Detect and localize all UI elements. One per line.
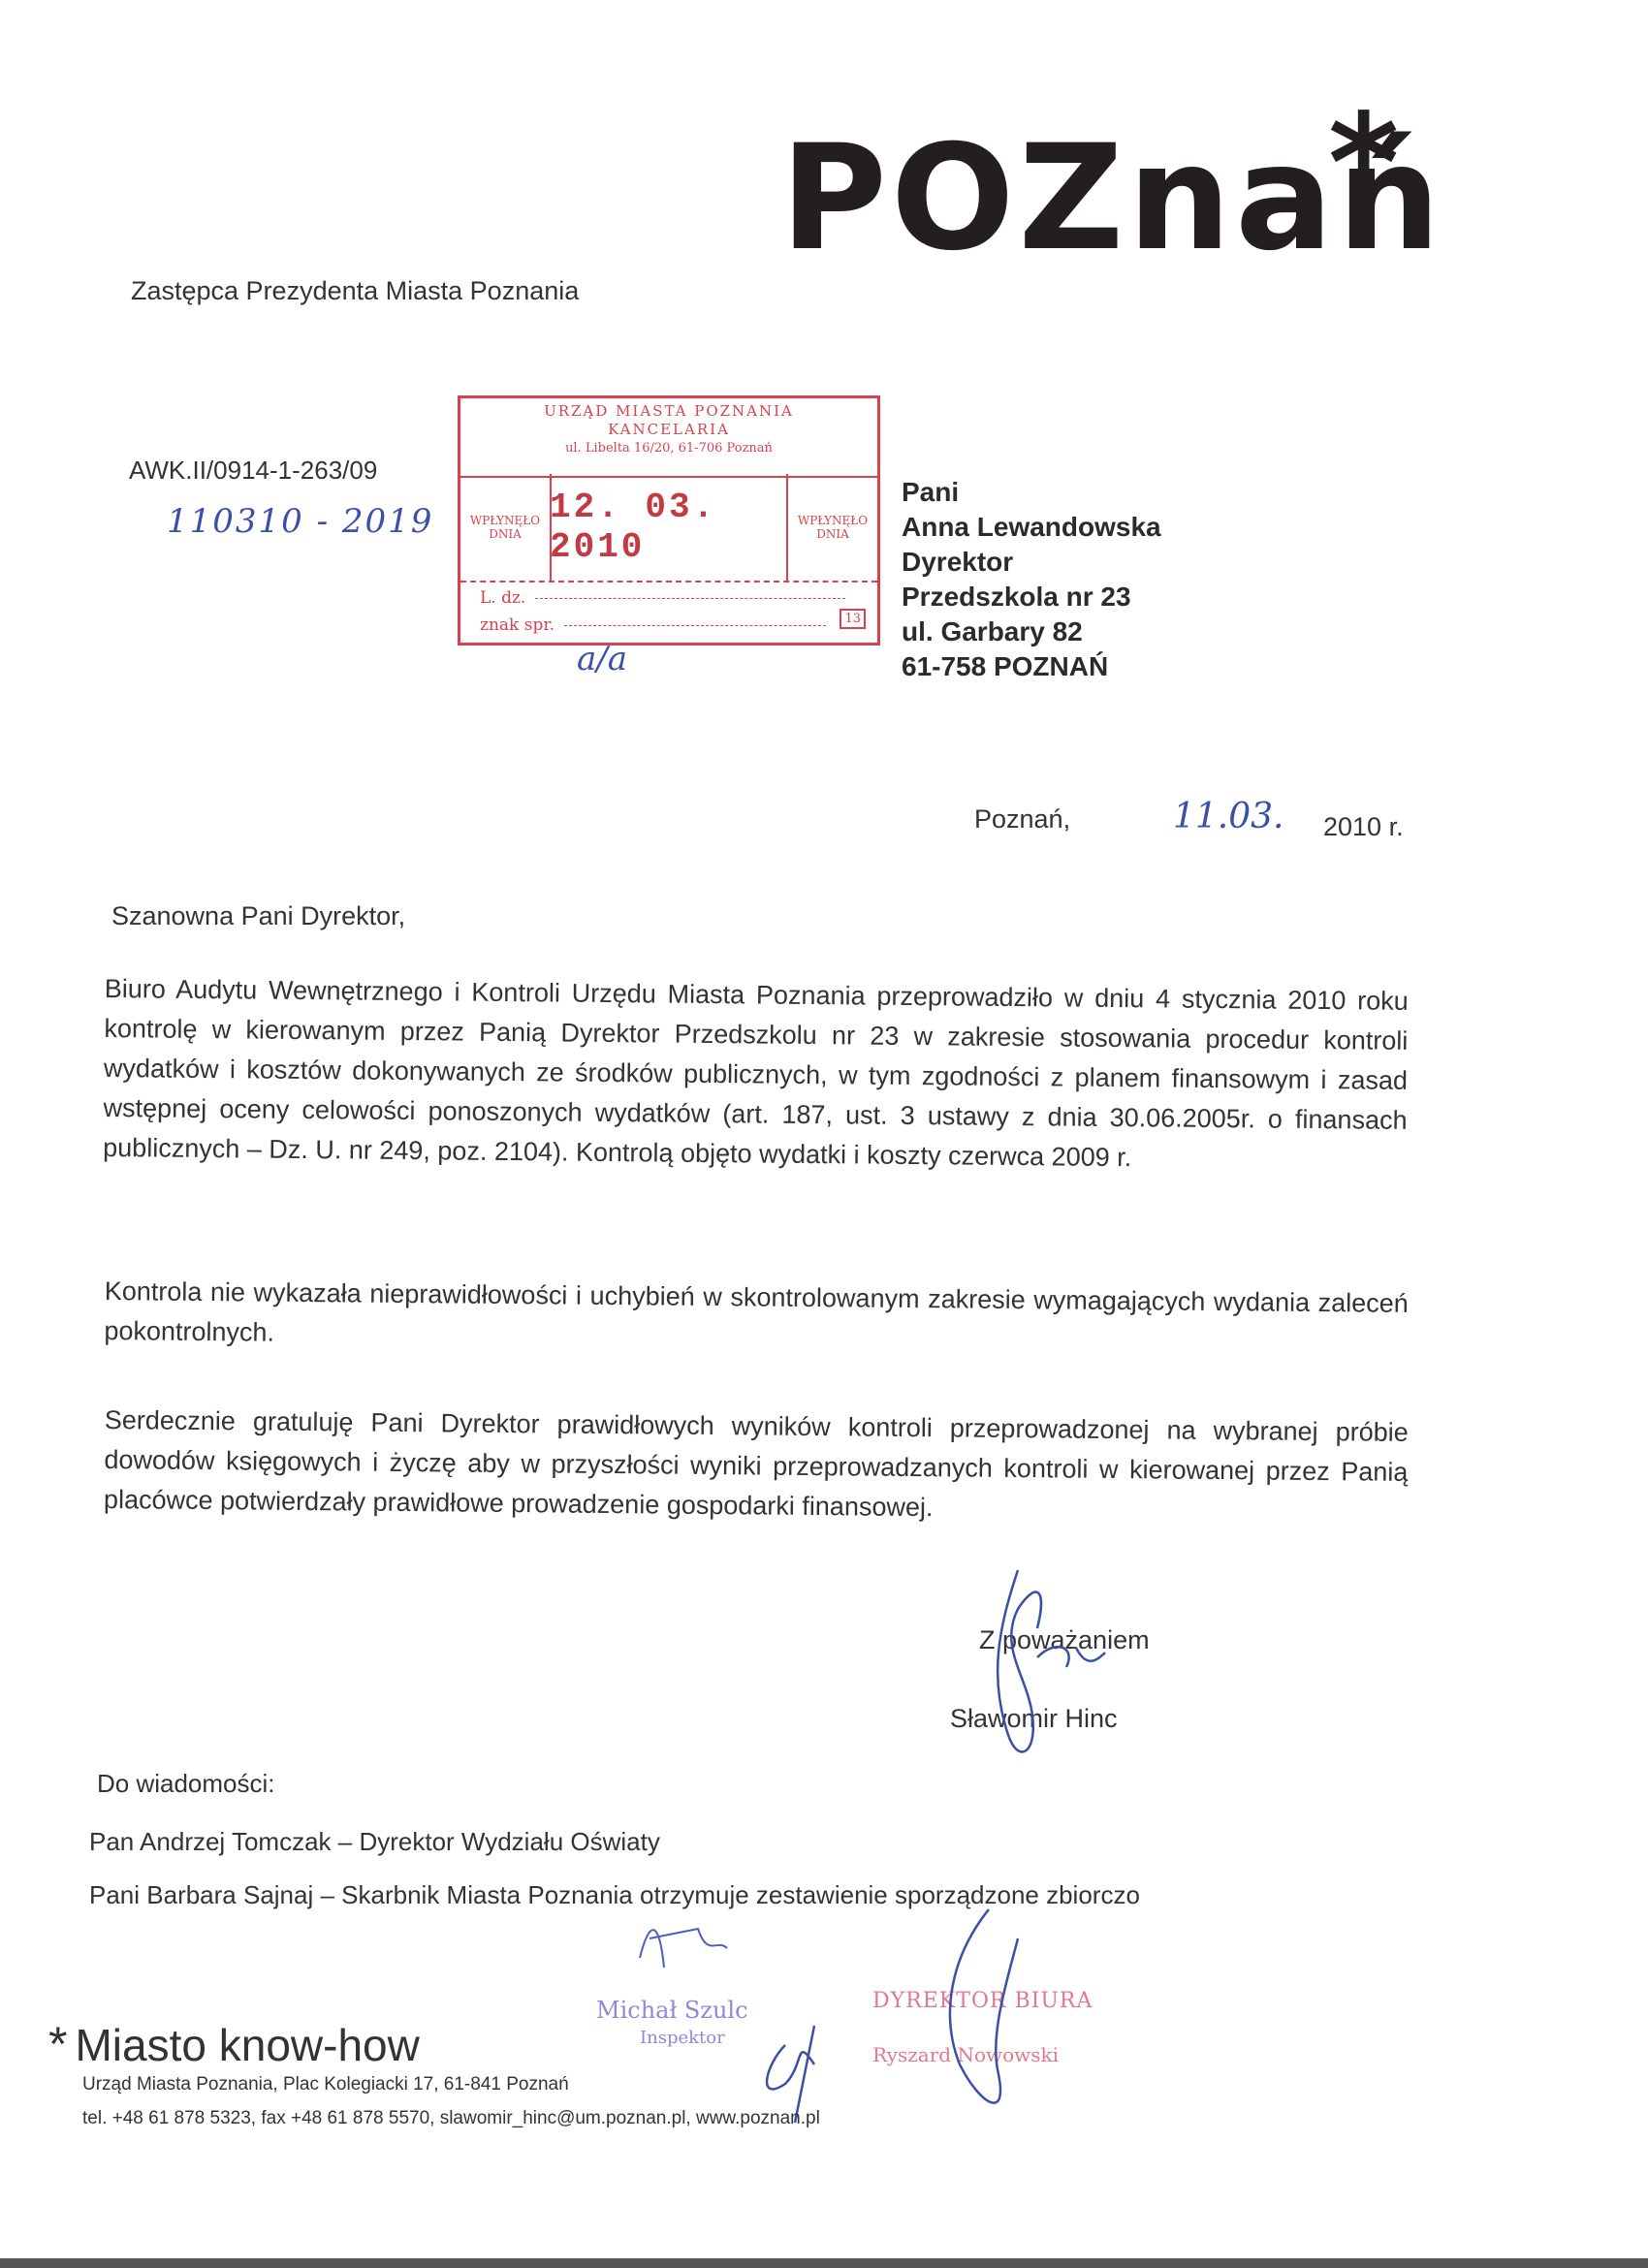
cc-item: Pani Barbara Sajnaj – Skarbnik Miasta Po… (89, 1880, 1140, 1910)
paragraph-text: Biuro Audytu Wewnętrznego i Kontroli Urz… (103, 969, 1409, 1181)
paragraph-text: Serdecznie gratuluję Pani Dyrektor prawi… (104, 1401, 1409, 1532)
recipient-line: Dyrektor (902, 545, 1161, 580)
dateline-place: Poznań, (974, 804, 1070, 835)
cc-label: Do wiadomości: (97, 1769, 275, 1799)
letter-closing: Z poważaniem Sławomir Hinc (950, 1601, 1150, 1758)
recipient-line: ul. Garbary 82 (902, 614, 1161, 649)
stamp-received-date: 12. 03. 2010 (550, 474, 788, 581)
recipient-line: Pani (902, 475, 1161, 510)
stamp-label: WPŁYNĘŁO (788, 514, 877, 527)
director-stamp-title: DYREKTOR BIURA (872, 1989, 1093, 2013)
stamp-received-label-left: WPŁYNĘŁO DNIA (460, 474, 552, 581)
brand-text: Miasto know-how (75, 2020, 419, 2070)
letter-greeting: Szanowna Pani Dyrektor, (111, 901, 405, 931)
stamp-received-label-right: WPŁYNĘŁO DNIA (786, 474, 877, 581)
dateline-handwritten-date: 11.03. (1173, 797, 1284, 836)
stamp-label: DNIA (460, 527, 550, 541)
cc-item: Pan Andrzej Tomczak – Dyrektor Wydziału … (89, 1827, 660, 1857)
letter-paragraph-3: Serdecznie gratuluję Pani Dyrektor prawi… (104, 1401, 1409, 1532)
footer-contact: tel. +48 61 878 5323, fax +48 61 878 557… (82, 2108, 820, 2129)
logo-star-icon: * (1328, 97, 1399, 233)
stamp-office: URZĄD MIASTA POZNANIA (460, 402, 877, 421)
handwritten-reference: 110310 - 2019 (167, 502, 433, 541)
recipient-line: Przedszkola nr 23 (902, 580, 1161, 614)
stamp-date-row: WPŁYNĘŁO DNIA 12. 03. 2010 WPŁYNĘŁO DNIA (460, 474, 877, 583)
stamp-department: KANCELARIA (460, 421, 877, 439)
stamp-znak-label: znak spr. (480, 615, 555, 635)
signatory-name: Sławomir Hinc (950, 1680, 1150, 1758)
approval-stamp-name: Michał Szulc (596, 1997, 748, 2024)
approval-stamp-title: Inspektor (640, 2028, 725, 2048)
recipient-line: 61-758 POZNAŃ (902, 649, 1161, 684)
letter-paragraph-2: Kontrola nie wykazała nieprawidłowości i… (104, 1272, 1409, 1364)
letter-paragraph-1: Biuro Audytu Wewnętrznego i Kontroli Urz… (103, 969, 1409, 1181)
stamp-ldz-label: L. dz. (480, 588, 525, 608)
director-stamp-name: Ryszard Nowowski (872, 2043, 1059, 2066)
stamp-label: DNIA (788, 527, 877, 541)
sender-title: Zastępca Prezydenta Miasta Poznania (131, 276, 579, 306)
stamp-box-number: 13 (840, 609, 866, 629)
closing-phrase: Z poważaniem (950, 1601, 1150, 1680)
reference-number: AWK.II/0914-1-263/09 (129, 456, 377, 486)
footer-address: Urząd Miasta Poznania, Plac Kolegiacki 1… (82, 2074, 569, 2095)
handwritten-stamp-note: a/a (577, 640, 627, 678)
recipient-line: Anna Lewandowska (902, 510, 1161, 545)
dateline-year: 2010 r. (1323, 812, 1404, 842)
stamp-ldz-line: L. dz. (480, 588, 858, 608)
brand-star-icon: * (48, 2017, 67, 2071)
received-stamp: URZĄD MIASTA POZNANIA KANCELARIA ul. Lib… (458, 395, 880, 646)
paragraph-text: Kontrola nie wykazała nieprawidłowości i… (104, 1272, 1409, 1364)
stamp-label: WPŁYNĘŁO (460, 514, 550, 527)
recipient-address: Pani Anna Lewandowska Dyrektor Przedszko… (902, 475, 1161, 684)
stamp-address: ul. Libelta 16/20, 61-706 Poznań (460, 439, 877, 457)
footer-brand: *Miasto know-how (48, 2016, 420, 2072)
scan-edge (0, 2258, 1648, 2268)
stamp-znak-line: znak spr. (480, 615, 858, 635)
stamp-header: URZĄD MIASTA POZNANIA KANCELARIA ul. Lib… (460, 398, 877, 478)
